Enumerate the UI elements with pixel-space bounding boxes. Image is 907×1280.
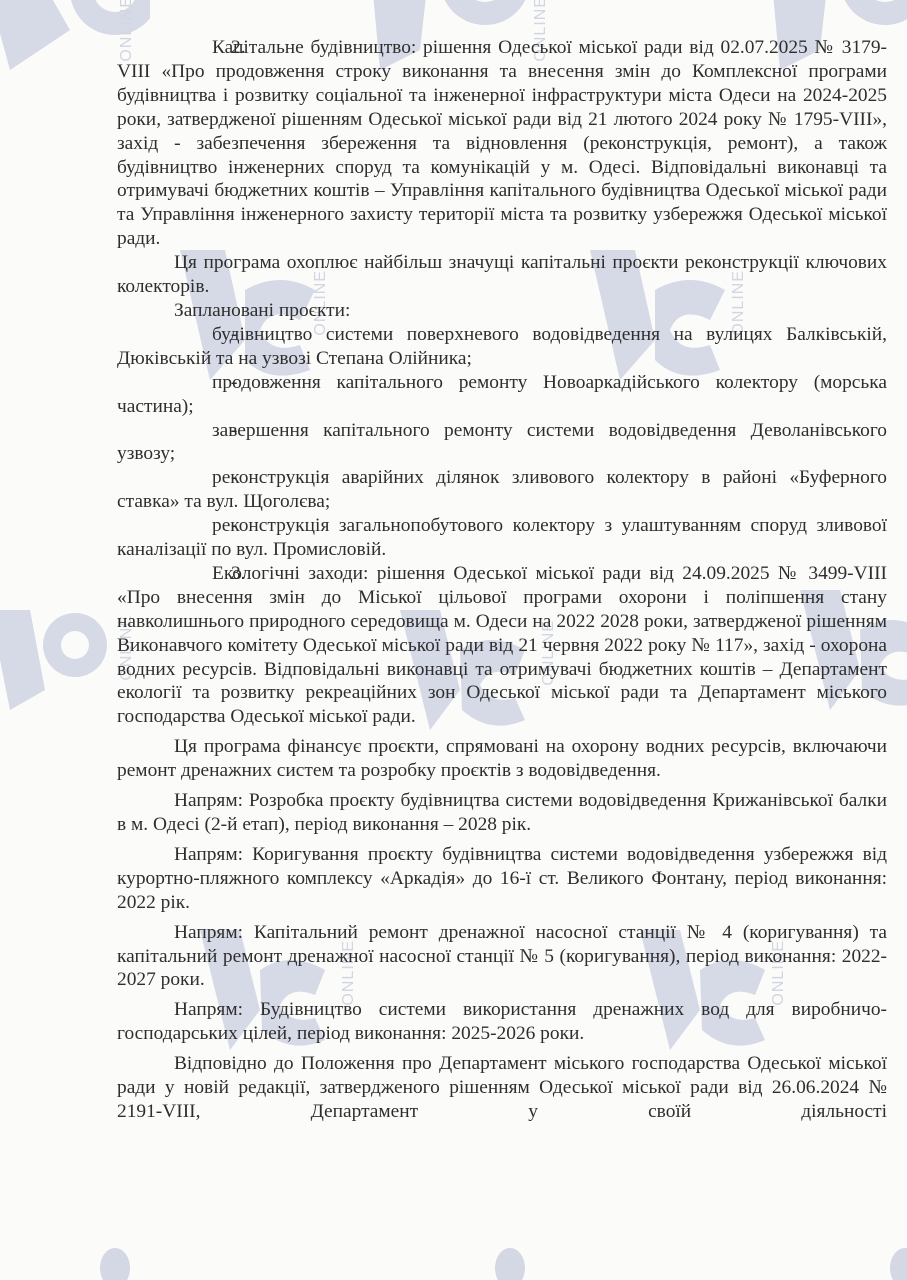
planned-project-item: -реконструкція загальнопобутового колект…: [117, 514, 887, 562]
watermark-dot: [890, 1248, 907, 1280]
section-2-paragraph: 2.Капітальне будівництво: рішення Одеськ…: [117, 36, 887, 251]
direction-item: Напрям: Будівництво системи використання…: [117, 998, 887, 1046]
direction-item: Напрям: Капітальний ремонт дренажної нас…: [117, 921, 887, 993]
bullet-dash: -: [174, 371, 212, 395]
section-3-text: Екологічні заходи: рішення Одеської місь…: [117, 563, 887, 727]
watermark-dot: [495, 1248, 525, 1280]
planned-project-item: -завершення капітального ремонту системи…: [117, 419, 887, 467]
bullet-dash: -: [174, 323, 212, 347]
section-3-program-note: Ця програма фінансує проєкти, спрямовані…: [117, 735, 887, 783]
planned-project-item: -реконструкція аварійних ділянок зливово…: [117, 466, 887, 514]
bullet-dash: -: [174, 419, 212, 443]
planned-project-item: -продовження капітального ремонту Новоар…: [117, 371, 887, 419]
direction-item: Напрям: Коригування проєкту будівництва …: [117, 843, 887, 915]
document-page: 2.Капітальне будівництво: рішення Одеськ…: [117, 36, 887, 1124]
direction-item: Напрям: Розробка проєкту будівництва сис…: [117, 789, 887, 837]
planned-project-item: -будівництво системи поверхневого водові…: [117, 323, 887, 371]
bullet-dash: -: [174, 514, 212, 538]
section-2-program-note: Ця програма охоплює найбільш значущі кап…: [117, 251, 887, 299]
closing-paragraph: Відповідно до Положення про Департамент …: [117, 1052, 887, 1124]
watermark-logo: [0, 600, 110, 710]
section-2-number: 2.: [174, 36, 212, 60]
planned-projects-label: Заплановані проєкти:: [117, 299, 887, 323]
section-3-paragraph: 3.Екологічні заходи: рішення Одеської мі…: [117, 562, 887, 729]
bullet-dash: -: [174, 466, 212, 490]
watermark-dot: [100, 1248, 130, 1280]
section-2-text: Капітальне будівництво: рішення Одеської…: [117, 37, 887, 249]
section-3-number: 3.: [174, 562, 212, 586]
planned-projects-list: -будівництво системи поверхневого водові…: [117, 323, 887, 562]
